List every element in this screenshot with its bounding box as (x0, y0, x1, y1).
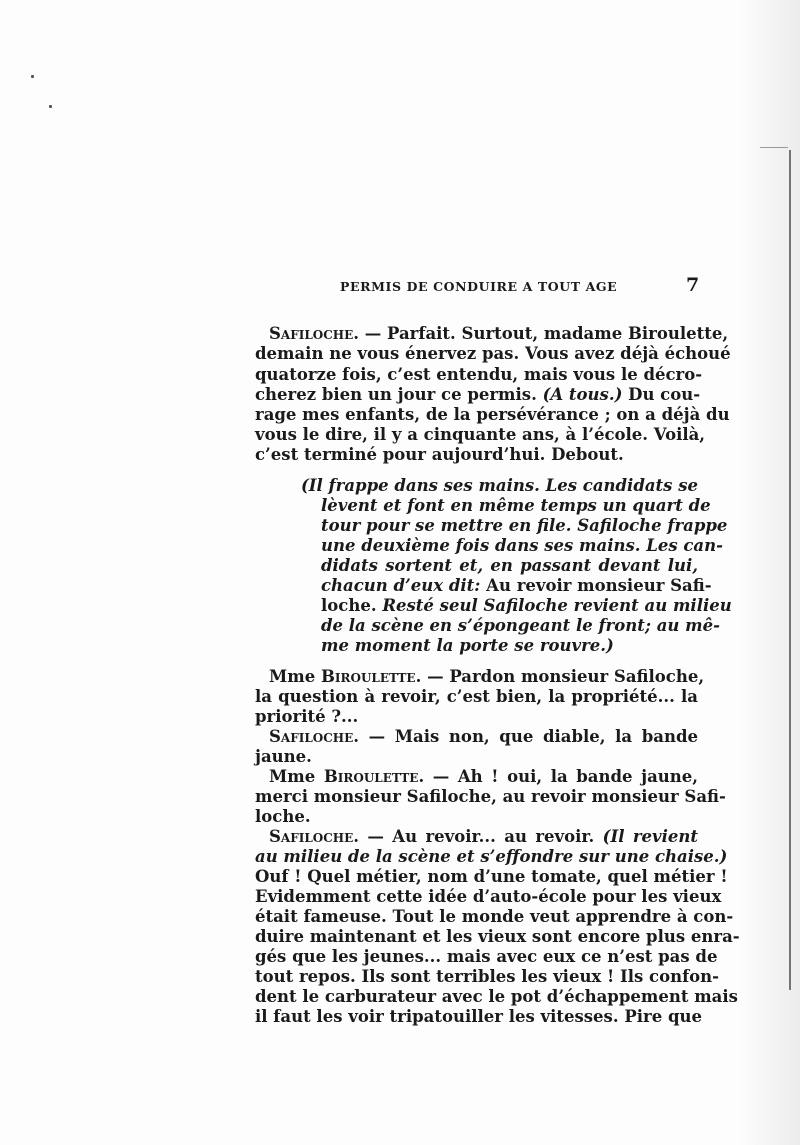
text-line: vous le dire, il y a cinquante ans, à l’… (255, 425, 698, 445)
stage-direction-line: chacun d’eux dit: Au revoir monsieur Saf… (321, 576, 698, 596)
text-span: était fameuse. Tout le monde veut appren… (255, 907, 733, 926)
text-span: Biroulette. (321, 667, 421, 686)
text-span: Safiloche. (269, 324, 359, 343)
text-line: tout repos. Ils sont terribles les vieux… (255, 967, 698, 987)
text-line: gés que les jeunes... mais avec eux ce n… (255, 947, 698, 967)
text-span: jaune. (255, 747, 312, 766)
stage-direction-line: tour pour se mettre en file. Safiloche f… (321, 516, 698, 536)
stage-direction-line: (Il frappe dans ses mains. Les candidats… (301, 476, 698, 496)
text-line: Safiloche. — Au revoir... au revoir. (Il… (269, 827, 698, 847)
text-line: duire maintenant et les vieux sont encor… (255, 927, 698, 947)
stage-direction-line: de la scène en s’épongeant le front; au … (321, 616, 698, 636)
text-span: Resté seul Safiloche revient au milieu (382, 596, 731, 615)
stage-direction-line: didats sortent et, en passant devant lui… (321, 556, 698, 576)
text-span: rage mes enfants, de la persévérance ; o… (255, 405, 730, 424)
text-span: merci monsieur Safiloche, au revoir mons… (255, 787, 726, 806)
text-span: — Ah ! oui, la bande jaune, (424, 767, 698, 786)
text-span: duire maintenant et les vieux sont encor… (255, 927, 740, 946)
text-span: didats sortent et, en passant devant lui… (321, 556, 698, 575)
text-line: Mme Biroulette. — Ah ! oui, la bande jau… (269, 767, 698, 787)
scan-speck (49, 105, 52, 108)
text-span: de la scène en s’épongeant le front; au … (321, 616, 720, 635)
text-span: une deuxième fois dans ses mains. Les ca… (321, 536, 723, 555)
text-span: (Il frappe dans ses mains. Les candidats… (301, 476, 698, 495)
text-span: cherez bien un jour ce permis. (255, 385, 543, 404)
text-span: Evidemment cette idée d’auto-école pour … (255, 887, 721, 906)
text-span: tour pour se mettre en file. Safiloche f… (321, 516, 727, 535)
text-line: merci monsieur Safiloche, au revoir mons… (255, 787, 698, 807)
text-span: priorité ?... (255, 707, 358, 726)
text-span: la question à revoir, c’est bien, la pro… (255, 687, 698, 706)
page-edge (789, 150, 791, 990)
text-line: dent le carburateur avec le pot d’échapp… (255, 987, 698, 1007)
text-span: loche. (255, 807, 311, 826)
text-line: cherez bien un jour ce permis. (A tous.)… (255, 385, 698, 405)
text-span: Du cou- (622, 385, 700, 404)
text-span: loche. (321, 596, 382, 615)
stage-direction-line: loche. Resté seul Safiloche revient au m… (321, 596, 698, 616)
text-span: — Parfait. Surtout, madame Biroulette, (359, 324, 728, 343)
text-span: gés que les jeunes... mais avec eux ce n… (255, 947, 717, 966)
text-line: Ouf ! Quel métier, nom d’une tomate, que… (255, 867, 698, 887)
text-span: Safiloche. (269, 827, 359, 846)
text-line: la question à revoir, c’est bien, la pro… (255, 687, 698, 707)
text-span: vous le dire, il y a cinquante ans, à l’… (255, 425, 705, 444)
text-span: demain ne vous énervez pas. Vous avez dé… (255, 344, 731, 363)
text-span: — Mais non, que diable, la bande (359, 727, 698, 746)
text-span: Safiloche. (269, 727, 359, 746)
text-span: quatorze fois, c’est entendu, mais vous … (255, 365, 702, 384)
text-line: Evidemment cette idée d’auto-école pour … (255, 887, 698, 907)
text-span: (A tous.) (543, 385, 623, 404)
text-span: Ouf ! Quel métier, nom d’une tomate, que… (255, 867, 728, 886)
text-line: priorité ?... (255, 707, 698, 727)
text-line: était fameuse. Tout le monde veut appren… (255, 907, 698, 927)
stage-direction-line: une deuxième fois dans ses mains. Les ca… (321, 536, 698, 556)
text-line: loche. (255, 807, 698, 827)
text-span: il faut les voir tripatouiller les vites… (255, 1007, 702, 1026)
page-edge-top (760, 147, 788, 148)
text-span: — Pardon monsieur Safiloche, (421, 667, 704, 686)
text-span: me moment la porte se rouvre.) (321, 636, 614, 655)
running-header: PERMIS DE CONDUIRE A TOUT AGE (340, 279, 700, 294)
text-span: au milieu de la scène et s’effondre sur … (255, 847, 727, 866)
text-line: demain ne vous énervez pas. Vous avez dé… (255, 344, 698, 364)
text-span: (Il revient (603, 827, 698, 846)
text-span: Mme (269, 767, 324, 786)
text-span: Mme (269, 667, 321, 686)
text-span: c’est terminé pour aujourd’hui. Debout. (255, 445, 624, 464)
text-line: c’est terminé pour aujourd’hui. Debout. (255, 445, 698, 465)
text-line: rage mes enfants, de la persévérance ; o… (255, 405, 698, 425)
scan-shadow (740, 0, 800, 1145)
text-line: Mme Biroulette. — Pardon monsieur Safilo… (269, 667, 698, 687)
text-line: quatorze fois, c’est entendu, mais vous … (255, 365, 698, 385)
text-span: Biroulette. (324, 767, 424, 786)
text-span: — Au revoir... au revoir. (359, 827, 603, 846)
scan-speck (31, 75, 34, 78)
text-span: tout repos. Ils sont terribles les vieux… (255, 967, 719, 986)
text-line: Safiloche. — Parfait. Surtout, madame Bi… (269, 324, 698, 344)
text-span: chacun d’eux dit: (321, 576, 480, 595)
stage-direction-line: me moment la porte se rouvre.) (321, 636, 698, 656)
page-number: 7 (686, 274, 699, 296)
text-line: au milieu de la scène et s’effondre sur … (255, 847, 698, 867)
text-span: lèvent et font en même temps un quart de (321, 496, 711, 515)
stage-direction-line: lèvent et font en même temps un quart de (321, 496, 698, 516)
text-span: dent le carburateur avec le pot d’échapp… (255, 987, 738, 1006)
text-line: Safiloche. — Mais non, que diable, la ba… (269, 727, 698, 747)
text-line: il faut les voir tripatouiller les vites… (255, 1007, 698, 1027)
text-line: jaune. (255, 747, 698, 767)
text-span: Au revoir monsieur Safi- (480, 576, 711, 595)
